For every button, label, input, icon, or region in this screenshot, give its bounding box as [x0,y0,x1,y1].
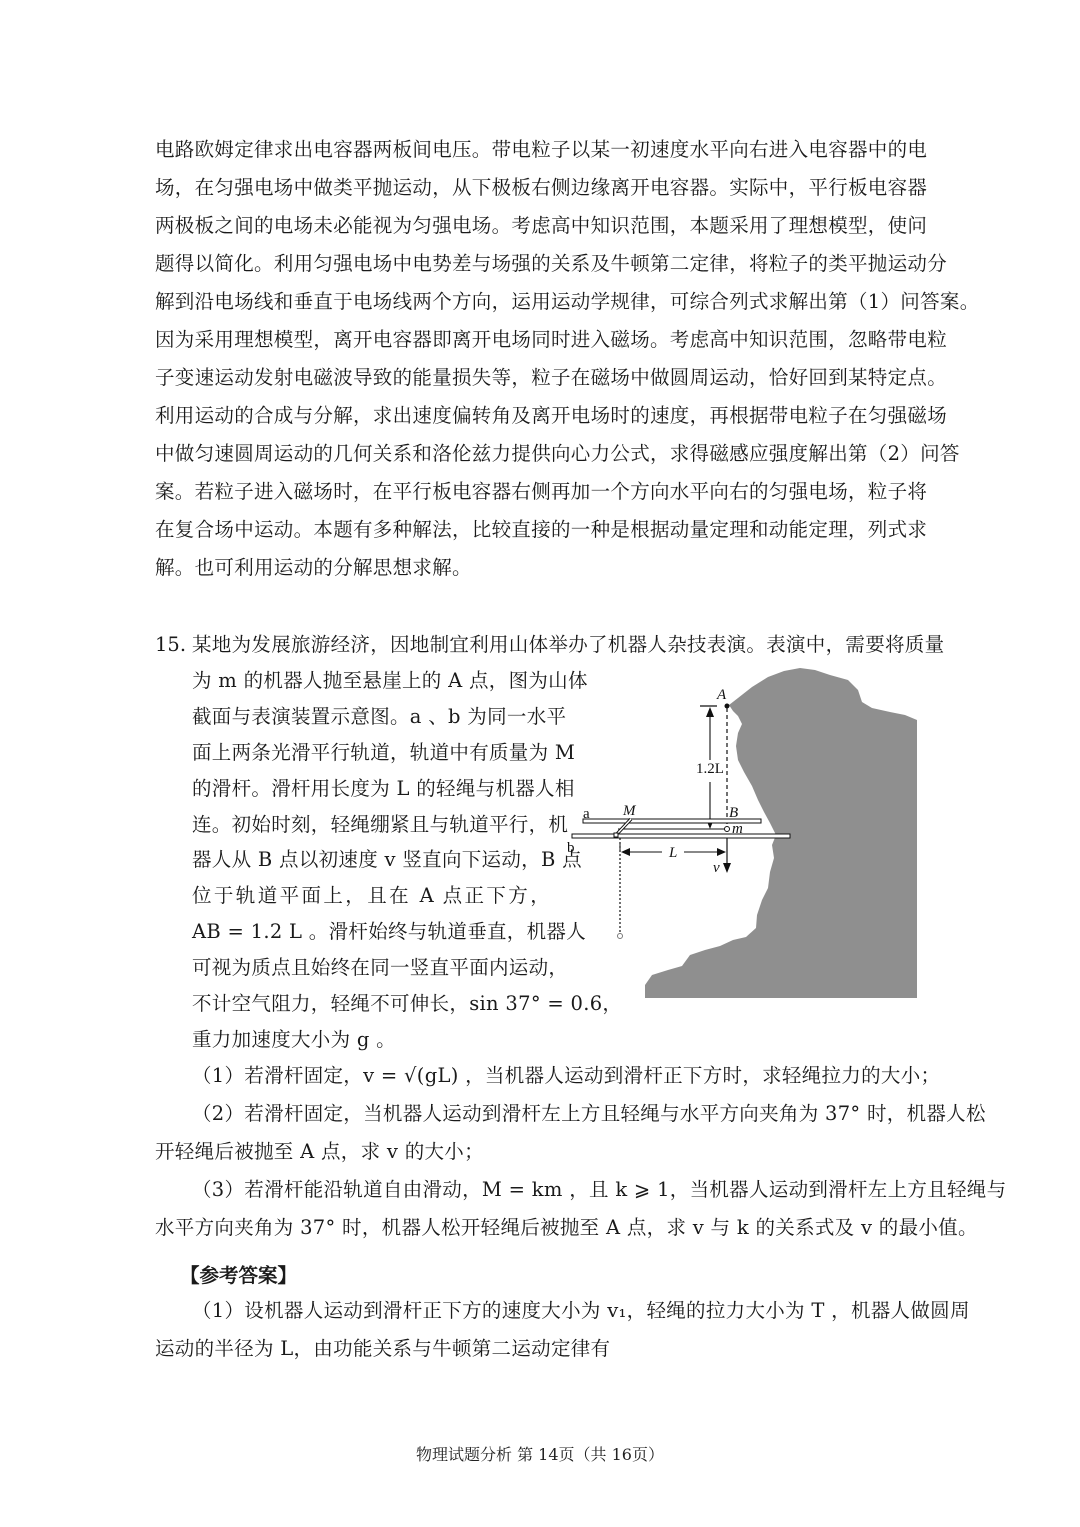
label-slider-m: M [622,803,637,819]
text-line: 电路欧姆定律求出电容器两板间电压。带电粒子以某一初速度水平向右进入电容器中的电 [155,137,925,163]
robot-lowest-position-icon [618,934,623,939]
text-line: 子变速运动发射电磁波导致的能量损失等，粒子在磁场中做圆周运动，恰好回到某特定点。 [155,365,925,391]
question-number: 15. [155,632,186,658]
label-a: A [716,687,727,703]
question-first-line: 某地为发展旅游经济，因地制宜利用山体举办了机器人杂技表演。表演中，需要将质量 [192,632,925,658]
rail-b [572,834,790,838]
answer-line: 运动的半径为 L，由功能关系与牛顿第二运动定律有 [155,1336,925,1362]
text-line: 中做匀速圆周运动的几何关系和洛伦兹力提供向心力公式，求得磁感应强度解出第（2）问… [155,441,925,467]
text-line: 案。若粒子进入磁场时，在平行板电容器右侧再加一个方向水平向右的匀强电场，粒子将 [155,479,925,505]
text-line: 利用运动的合成与分解，求出速度偏转角及离开电场时的速度，再根据带电粒子在匀强磁场 [155,403,925,429]
answer-title: 【参考答案】 [180,1260,297,1288]
question-text-line: AB = 1.2 L 。滑杆始终与轨道垂直，机器人 [192,919,550,945]
text-line: 解到沿电场线和垂直于电场线两个方向，运用运动学规律，可综合列式求解出第（1）问答… [155,289,925,315]
question-text-line: 截面与表演装置示意图。a 、b 为同一水平 [192,704,550,730]
robot-mass-icon [725,827,730,832]
question-text-line: 面上两条光滑平行轨道，轨道中有质量为 M [192,740,550,766]
sub-question-3: （3）若滑杆能沿轨道自由滑动，M = km ，且 k ⩾ 1，当机器人运动到滑杆… [192,1177,925,1203]
text-line: 解。也可利用运动的分解思想求解。 [155,555,925,581]
question-text-line: 重力加速度大小为 g 。 [192,1027,550,1053]
sub-question-2: （2）若滑杆固定，当机器人运动到滑杆左上方且轻绳与水平方向夹角为 37° 时，机… [192,1101,925,1127]
label-height: 1.2L [696,761,724,777]
cliff-diagram-svg: A 1.2L M a b B [565,660,925,1005]
label-b: B [729,805,738,821]
cliff-shape [645,668,917,998]
label-length: L [668,845,677,861]
arrowhead-up-icon [706,707,714,717]
text-line: 场，在匀强电场中做类平抛运动，从下极板右侧边缘离开电容器。实际中，平行板电容器 [155,175,925,201]
sub-question-2-cont: 开轻绳后被抛至 A 点，求 v 的大小； [155,1139,925,1165]
text-line: 两极板之间的电场未必能视为匀强电场。考虑高中知识范围，本题采用了理想模型，使问 [155,213,925,239]
question-text-line: 连。初始时刻，轻绳绷紧且与轨道平行，机 [192,812,550,838]
question-text-line: 器人从 B 点以初速度 v 竖直向下运动，B 点 [192,847,550,873]
point-a-icon [725,704,730,709]
answer-line: （1）设机器人运动到滑杆正下方的速度大小为 v₁，轻绳的拉力大小为 T ，机器人… [192,1298,925,1324]
label-rail-b: b [567,840,575,856]
text-line: 题得以简化。利用匀强电场中电势差与场强的关系及牛顿第二定律，将粒子的类平抛运动分 [155,251,925,277]
page-footer: 物理试题分析 第 14页（共 16页） [0,1442,1080,1465]
arrowhead-down-icon [723,863,731,873]
question-text-line: 可视为质点且始终在同一竖直平面内运动， [192,955,550,981]
cliff-diagram: A 1.2L M a b B [565,660,925,1005]
question-text-line: 位于轨道平面上，且在 A 点正下方， [192,883,550,909]
slider-pivot-icon [614,833,618,837]
label-rail-a: a [583,806,590,822]
label-robot-m: m [732,821,743,837]
arrowhead-right-icon [717,848,726,856]
question-text-line: 不计空气阻力，轻绳不可伸长，sin 37° = 0.6， [192,991,550,1017]
question-text-line: 的滑杆。滑杆用长度为 L 的轻绳与机器人相 [192,776,550,802]
text-line: 因为采用理想模型，离开电容器即离开电场同时进入磁场。考虑高中知识范围，忽略带电粒 [155,327,925,353]
arrowhead-left-icon [621,848,630,856]
label-velocity: v [713,860,720,876]
question-text-line: 为 m 的机器人抛至悬崖上的 A 点，图为山体 [192,668,550,694]
sub-question-1: （1）若滑杆固定，v = √(gL) ，当机器人运动到滑杆正下方时，求轻绳拉力的… [192,1063,925,1089]
text-line: 在复合场中运动。本题有多种解法，比较直接的一种是根据动量定理和动能定理，列式求 [155,517,925,543]
sub-question-3-cont: 水平方向夹角为 37° 时，机器人松开轻绳后被抛至 A 点，求 v 与 k 的关… [155,1215,925,1241]
